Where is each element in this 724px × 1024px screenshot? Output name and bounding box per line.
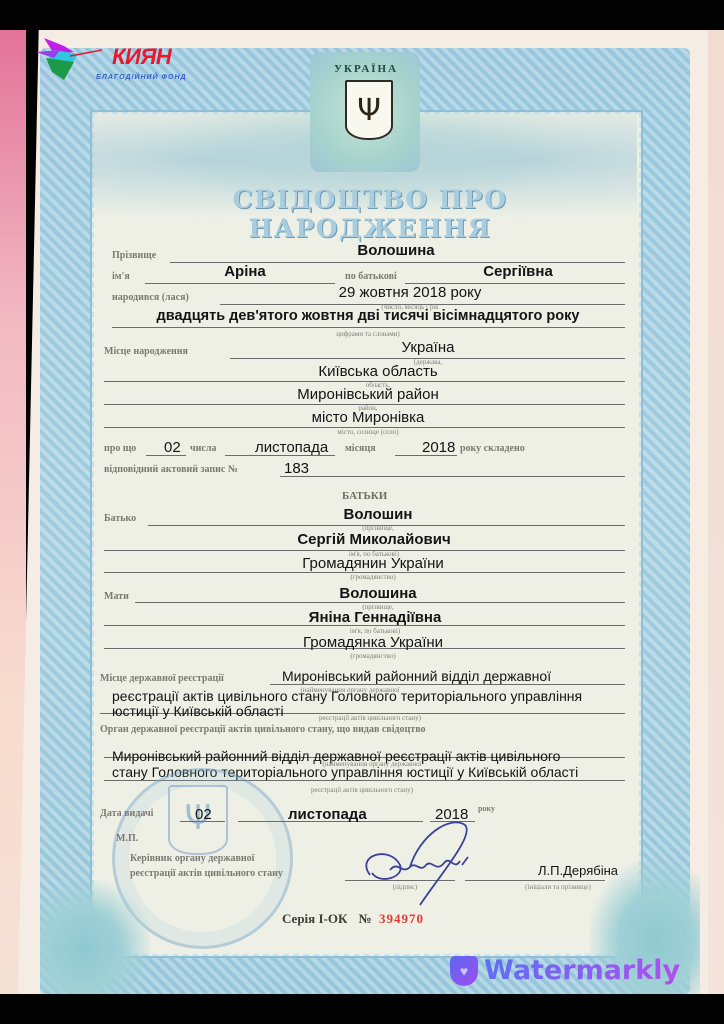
registration-place-label: Місце державної реєстрації xyxy=(100,673,224,684)
record-prefix: про що xyxy=(104,443,136,454)
birth-date-words: двадцять дев'ятого жовтня дві тисячі віс… xyxy=(157,308,580,324)
city-hint: місто, селище (село) xyxy=(337,428,398,436)
birthplace-country: Україна xyxy=(402,339,455,356)
rule xyxy=(145,283,335,284)
logo-name: КИЯН xyxy=(112,44,171,70)
watermark: ♥ Watermarkly xyxy=(450,955,680,986)
rule xyxy=(280,476,625,477)
day-label: числа xyxy=(190,443,216,454)
birth-date-words-hint: цифрами та словами) xyxy=(336,330,400,338)
father-name: Сергій Миколайович xyxy=(297,531,450,548)
father-surname: Волошин xyxy=(344,506,413,523)
year-suffix: року складено xyxy=(460,443,525,454)
record-day: 02 xyxy=(164,439,181,456)
rule xyxy=(465,880,605,881)
head-label-line2: реєстрації актів цивільного стану xyxy=(130,868,283,879)
registration-place-line2: реєстрації актів цивільного стану Головн… xyxy=(112,688,582,704)
series-label: Серія І-ОК xyxy=(282,911,347,926)
child-surname: Волошина xyxy=(357,242,434,259)
watermark-text: Watermarkly xyxy=(484,955,680,986)
shield-heart-icon: ♥ xyxy=(450,956,478,986)
record-month: листопада xyxy=(255,439,328,456)
mother-surname: Волошина xyxy=(339,585,416,602)
signature xyxy=(350,815,480,915)
country-label: УКРАЇНА xyxy=(322,63,410,75)
act-number: 183 xyxy=(284,460,309,477)
logo-mark-icon xyxy=(34,36,104,82)
patronymic-label: по батькові xyxy=(345,271,397,282)
child-name: Аріна xyxy=(224,263,266,280)
registration-place-hint2: реєстрації актів цивільного стану) xyxy=(319,714,421,722)
series-number: 394970 xyxy=(379,911,424,926)
swan-ornament-left xyxy=(40,880,150,994)
issuer-label: Орган державної реєстрації актів цивільн… xyxy=(100,724,426,735)
rule xyxy=(270,684,625,685)
trident-icon: Ψ xyxy=(345,80,393,140)
issue-date-label: Дата видачі xyxy=(100,808,153,819)
document-title: СВІДОЦТВО ПРО НАРОДЖЕННЯ xyxy=(150,185,590,243)
kiyan-logo: КИЯН БЛАГОДІЙНИЙ ФОНД xyxy=(20,32,190,86)
father-citizenship-hint: (громадянство) xyxy=(350,573,395,581)
birthplace-region: Київська область xyxy=(318,363,437,380)
parents-heading: БАТЬКИ xyxy=(342,490,387,502)
rule xyxy=(104,381,625,382)
surname-label: Прізвище xyxy=(112,250,156,261)
birthplace-label: Місце народження xyxy=(104,346,188,357)
birthplace-district: Миронівський район xyxy=(297,386,438,403)
child-patronymic: Сергіївна xyxy=(483,263,553,280)
top-letterbox xyxy=(0,0,724,30)
registration-place-line3: юстиції у Київській області xyxy=(112,703,284,719)
bottom-letterbox xyxy=(0,994,724,1024)
act-label: відповідний актовий запис № xyxy=(104,464,238,475)
father-citizenship: Громадянин України xyxy=(302,555,444,572)
mother-citizenship: Громадянка України xyxy=(303,634,443,651)
birthplace-city: місто Миронівка xyxy=(312,409,425,426)
seal-label: М.П. xyxy=(116,833,138,844)
name-label: ім'я xyxy=(112,271,130,282)
mother-label: Мати xyxy=(104,591,129,602)
rule xyxy=(112,327,625,328)
birth-date: 29 жовтня 2018 року xyxy=(339,284,482,301)
mother-name: Яніна Геннадіївна xyxy=(309,609,442,626)
logo-subtitle: БЛАГОДІЙНИЙ ФОНД xyxy=(96,74,187,81)
series-number-sign: № xyxy=(359,911,372,926)
record-year: 2018 xyxy=(422,439,455,456)
series-line: Серія І-ОК № 394970 xyxy=(282,911,424,927)
head-label-line1: Керівник органу державної xyxy=(130,853,254,864)
month-label: місяця xyxy=(345,443,376,454)
issuer-hint2: реєстрації актів цивільного стану) xyxy=(311,786,413,794)
registration-place-line1: Миронівський районний відділ державної xyxy=(282,668,551,684)
father-label: Батько xyxy=(104,513,136,524)
issue-year-suffix: року xyxy=(478,804,495,813)
issue-day: 02 xyxy=(195,806,212,823)
mother-citizenship-hint: (громадянство) xyxy=(350,652,395,660)
born-label: народився (лася) xyxy=(112,292,189,303)
official-hint: (ініціали та прізвище) xyxy=(525,883,591,891)
